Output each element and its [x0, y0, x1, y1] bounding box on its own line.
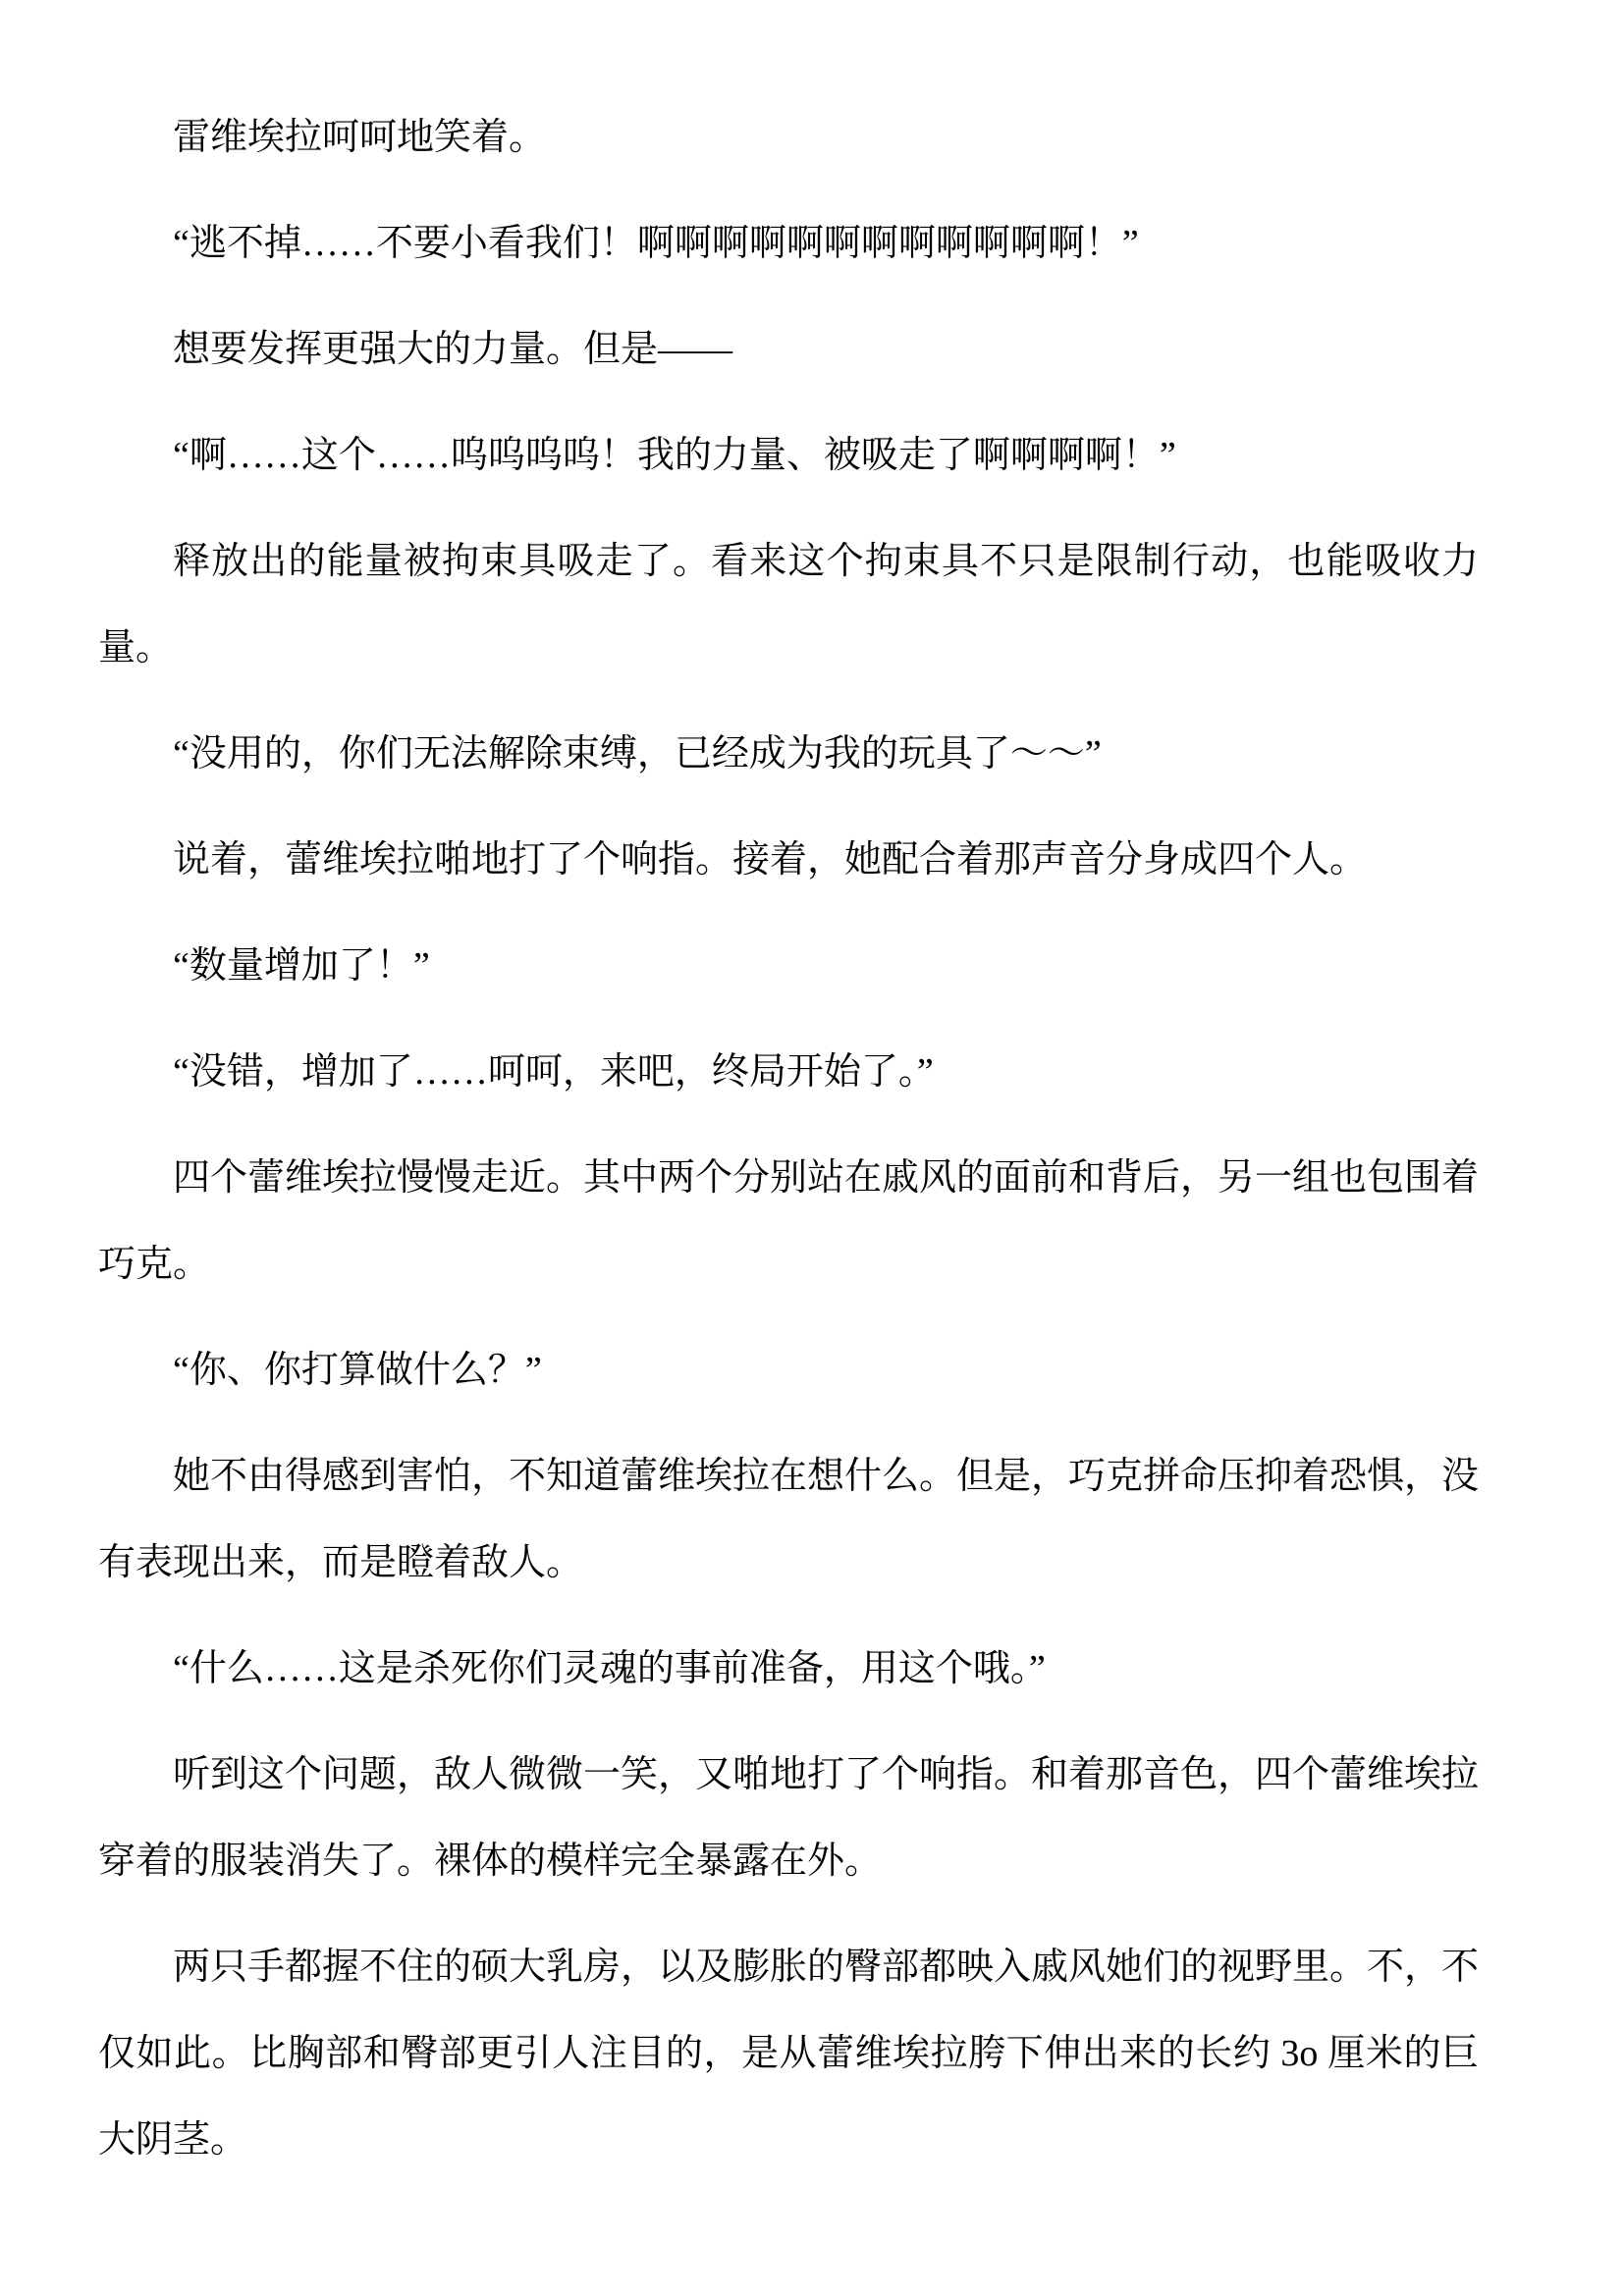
novel-text-page: 雷维埃拉呵呵地笑着。 “逃不掉……不要小看我们！啊啊啊啊啊啊啊啊啊啊啊啊！” 想… [0, 0, 1624, 2296]
paragraph-dialogue: “什么……这是杀死你们灵魂的事前准备，用这个哦。” [98, 1626, 1479, 1712]
paragraph: 四个蕾维埃拉慢慢走近。其中两个分别站在戚风的面前和背后，另一组也包围着巧克。 [98, 1135, 1479, 1308]
paragraph: 说着，蕾维埃拉啪地打了个响指。接着，她配合着那声音分身成四个人。 [98, 817, 1479, 903]
paragraph: 两只手都握不住的硕大乳房，以及膨胀的臀部都映入戚风她们的视野里。不，不仅如此。比… [98, 1924, 1479, 2183]
paragraph-dialogue: “没错，增加了……呵呵，来吧，终局开始了。” [98, 1029, 1479, 1115]
paragraph: 雷维埃拉呵呵地笑着。 [98, 94, 1479, 181]
paragraph-dialogue: “数量增加了！” [98, 923, 1479, 1009]
paragraph-dialogue: “逃不掉……不要小看我们！啊啊啊啊啊啊啊啊啊啊啊啊！” [98, 200, 1479, 287]
paragraph: 听到这个问题，敌人微微一笑，又啪地打了个响指。和着那音色，四个蕾维埃拉穿着的服装… [98, 1732, 1479, 1904]
paragraph: 想要发挥更强大的力量。但是—— [98, 306, 1479, 393]
paragraph-dialogue: “啊……这个……呜呜呜呜！我的力量、被吸走了啊啊啊啊！” [98, 412, 1479, 499]
paragraph-dialogue: “没用的，你们无法解除束缚，已经成为我的玩具了～～” [98, 711, 1479, 797]
paragraph: 释放出的能量被拘束具吸走了。看来这个拘束具不只是限制行动，也能吸收力量。 [98, 518, 1479, 691]
paragraph-dialogue: “你、你打算做什么？” [98, 1327, 1479, 1414]
paragraph: 她不由得感到害怕，不知道蕾维埃拉在想什么。但是，巧克拼命压抑着恐惧，没有表现出来… [98, 1433, 1479, 1606]
